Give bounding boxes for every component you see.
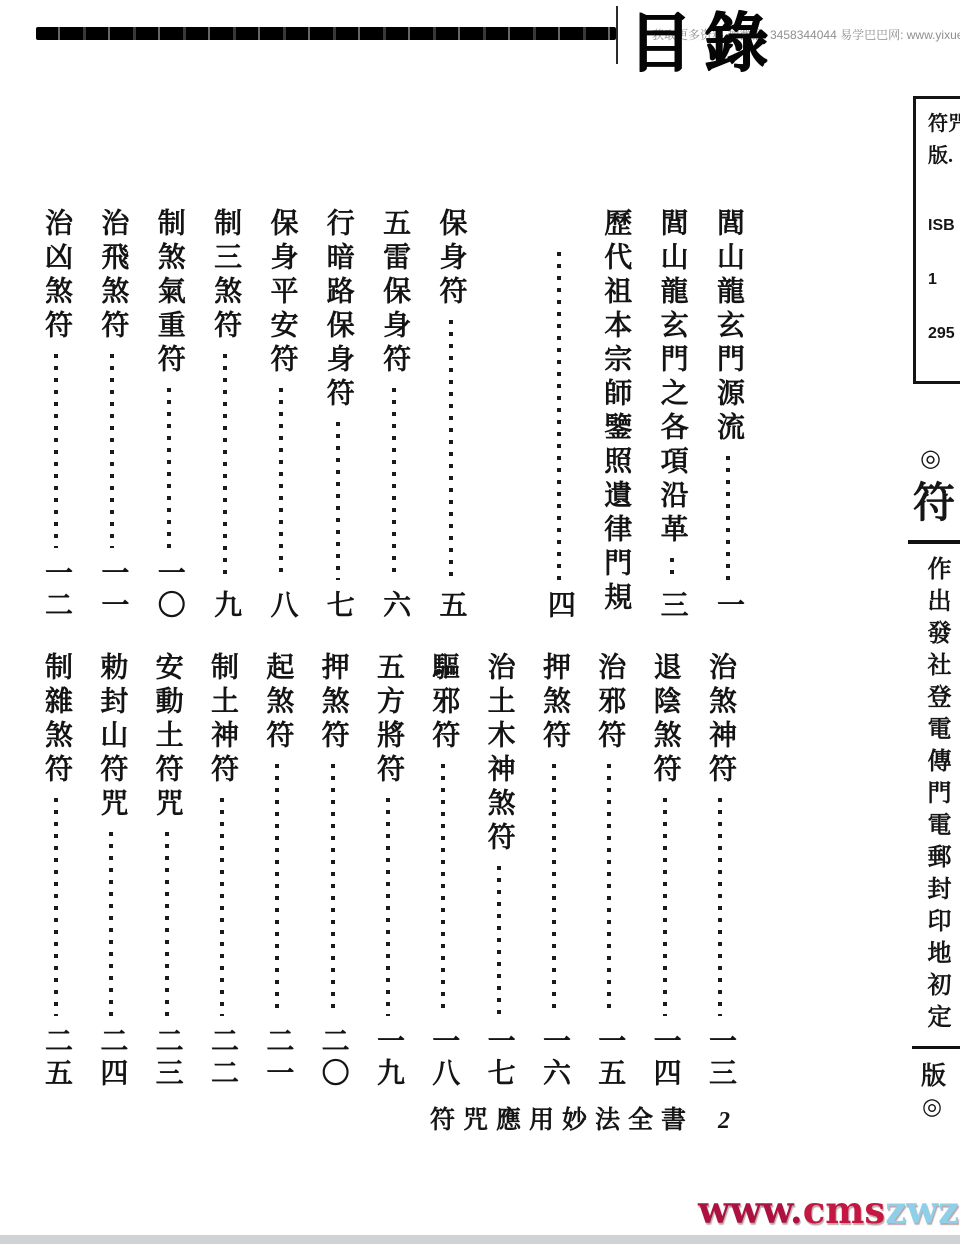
dotted-leader [275,764,279,1016]
site-watermark-segment: cms [803,1188,886,1232]
toc-entry: 治邪符 一五 [591,652,627,1090]
dotted-leader [109,832,113,1016]
isbn-box: 符咒 版. ISB 1 295 [913,96,960,384]
dotted-leader [670,558,674,580]
dotted-leader [336,422,340,580]
toc-entry-title: 勅封山符咒 [91,652,131,822]
toc-entry: 保身符 五 [433,208,469,622]
toc-entry: 五雷保身符 六 [376,208,412,622]
toc-entry: 閭山龍玄門之各項沿革 三 [654,208,690,622]
dotted-leader [220,798,224,1016]
isbn-box-line: ISB [928,217,955,235]
dotted-leader [607,764,611,1016]
dotted-leader [663,798,667,1016]
isbn-box-line: 符咒 [928,107,960,136]
toc-entry-title: 五雷保身符 [374,208,414,378]
dotted-leader [557,252,561,580]
dotted-leader [331,764,335,1016]
toc-entry: 安動土符咒 二三 [149,652,185,1090]
toc-entry: 閭山龍玄門源流 一 [710,208,746,622]
toc-entry: 行暗路保身符 七 [320,208,356,622]
toc-entry-page: 一一 [92,558,132,622]
toc-entry-page: 二一 [257,1026,297,1090]
toc-entry-title: 退陰煞符 [645,652,685,788]
toc-entry-title: 制三煞符 [205,208,245,344]
toc-entry-page: 六 [374,590,414,622]
toc-entry-title: 保身符 [431,208,471,310]
site-watermark-segment: zwz [885,1188,959,1232]
toc-entry-title: 歷代祖本宗師鑒照遺律門規 [595,208,635,616]
publisher-marker-icon: ◎ [920,444,941,473]
toc-entry-title: 五方將符 [368,652,408,788]
toc-entry-title: 治煞神符 [700,652,740,788]
toc-entry-page: 二五 [36,1026,76,1090]
toc-entry-continuation: 四 [541,208,577,622]
toc-entry-page: 二三 [147,1026,187,1090]
dotted-leader [552,764,556,1016]
dotted-leader [718,798,722,1016]
publisher-info-labels: 作出發社登電傳門電郵封印地初定 [919,556,954,1036]
toc-entry: 制土神符 二二 [204,652,240,1090]
toc-entry: 歷代祖本宗師鑒照遺律門規 [597,208,633,622]
toc-entry-title: 治飛煞符 [92,208,132,344]
publisher-edition-char: 版 [921,1056,946,1092]
toc-group-upper: 閭山龍玄門源流 一 閭山龍玄門之各項沿革 三 歷代祖本宗師鑒照遺律門規 四 保身… [38,208,746,622]
isbn-box-line: 295 [928,325,955,343]
toc-entry-page: 二四 [91,1026,131,1090]
toc-entry: 治凶煞符 一二 [38,208,74,622]
dotted-leader [54,354,58,548]
toc-entry-page: 一七 [479,1026,519,1090]
toc-entry-title: 保身平安符 [261,208,301,378]
toc-entry-page: 一二 [36,558,76,622]
toc-entry-title: 起煞符 [257,652,297,754]
scanned-toc-page: 目錄 获取更多资料 加微信: 3458344044 易学巴巴网: www.yix… [0,0,960,1244]
footer-running-title: 符咒應用妙法全書2 [430,1100,730,1136]
dotted-leader [449,320,453,580]
top-rule-tick [616,6,618,64]
dotted-leader [223,354,227,580]
toc-entry: 驅邪符 一八 [425,652,461,1090]
toc-entry: 治煞神符 一三 [702,652,738,1090]
publisher-divider [912,1046,960,1049]
toc-entry-page: 九 [205,590,245,622]
toc-entry-title: 安動土符咒 [147,652,187,822]
site-watermark-segment: www. [698,1188,803,1232]
toc-entry: 制雜煞符 二五 [38,652,74,1090]
toc-entry-page: 一三 [700,1026,740,1090]
page-title: 目錄 [628,0,780,84]
site-watermark: www.cmszwz.com [698,1188,960,1232]
toc-entry: 押煞符 一六 [536,652,572,1090]
scanner-edge-strip [0,1235,960,1244]
dotted-leader [392,388,396,580]
toc-group-lower: 治煞神符 一三 退陰煞符 一四 治邪符 一五 押煞符 一六 治土木神煞符 一七 … [38,652,738,1090]
dotted-leader [54,798,58,1016]
toc-entry-page: 一四 [645,1026,685,1090]
dotted-leader [441,764,445,1016]
toc-entry-title: 制土神符 [202,652,242,788]
toc-entry-title: 行暗路保身符 [318,208,358,412]
toc-entry-page: 一〇 [149,558,189,622]
toc-entry-page: 八 [261,590,301,622]
dotted-leader [497,866,501,1016]
toc-entry-page: 二二 [202,1026,242,1090]
toc-entry-page: 一六 [534,1026,574,1090]
toc-entry-page: 一九 [368,1026,408,1090]
toc-entry: 退陰煞符 一四 [647,652,683,1090]
toc-entry-title: 驅邪符 [423,652,463,754]
toc-entry: 五方將符 一九 [370,652,406,1090]
toc-entry-title: 閭山龍玄門之各項沿革 [652,208,692,548]
toc-entry: 治土木神煞符 一七 [481,652,517,1090]
isbn-box-line: 版. [928,139,953,168]
toc-entry-title: 閭山龍玄門源流 [708,208,748,446]
toc-entry-page: 三 [652,590,692,622]
toc-entry-title: 制煞氣重符 [149,208,189,378]
footer-book-title: 符咒應用妙法全書 [430,1107,694,1134]
dotted-leader [279,388,283,580]
dotted-leader [165,832,169,1016]
publisher-marker-icon: ◎ [922,1094,942,1120]
toc-entry-page: 七 [318,590,358,622]
toc-entry-page: 一八 [423,1026,463,1090]
toc-entry: 押煞符 二〇 [315,652,351,1090]
toc-entry: 保身平安符 八 [263,208,299,622]
toc-entry-page: 二〇 [313,1026,353,1090]
toc-entry: 勅封山符咒 二四 [93,652,129,1090]
toc-entry-page: 一 [708,590,748,622]
dotted-leader [386,798,390,1016]
toc-entry-title: 治凶煞符 [36,208,76,344]
publisher-divider [908,540,960,544]
toc-entry: 起煞符 二一 [259,652,295,1090]
dotted-leader [726,456,730,580]
toc-entry-title: 押煞符 [313,652,353,754]
publisher-title-char: 符 [913,470,955,530]
footer-page-number: 2 [718,1108,730,1134]
toc-entry-page: 一五 [589,1026,629,1090]
toc-entry-title: 治土木神煞符 [479,652,519,856]
top-rule-bar [36,27,616,40]
toc-entry-title: 治邪符 [589,652,629,754]
dotted-leader [167,388,171,548]
toc-entry-page: 五 [431,590,471,622]
toc-entry-title: 制雜煞符 [36,652,76,788]
toc-entry-title: 押煞符 [534,652,574,754]
dotted-leader [110,354,114,548]
toc-entry-page: 四 [539,590,579,622]
isbn-box-line: 1 [928,271,937,289]
toc-entry: 治飛煞符 一一 [94,208,130,622]
toc-entry: 制三煞符 九 [207,208,243,622]
toc-entry: 制煞氣重符 一〇 [151,208,187,622]
